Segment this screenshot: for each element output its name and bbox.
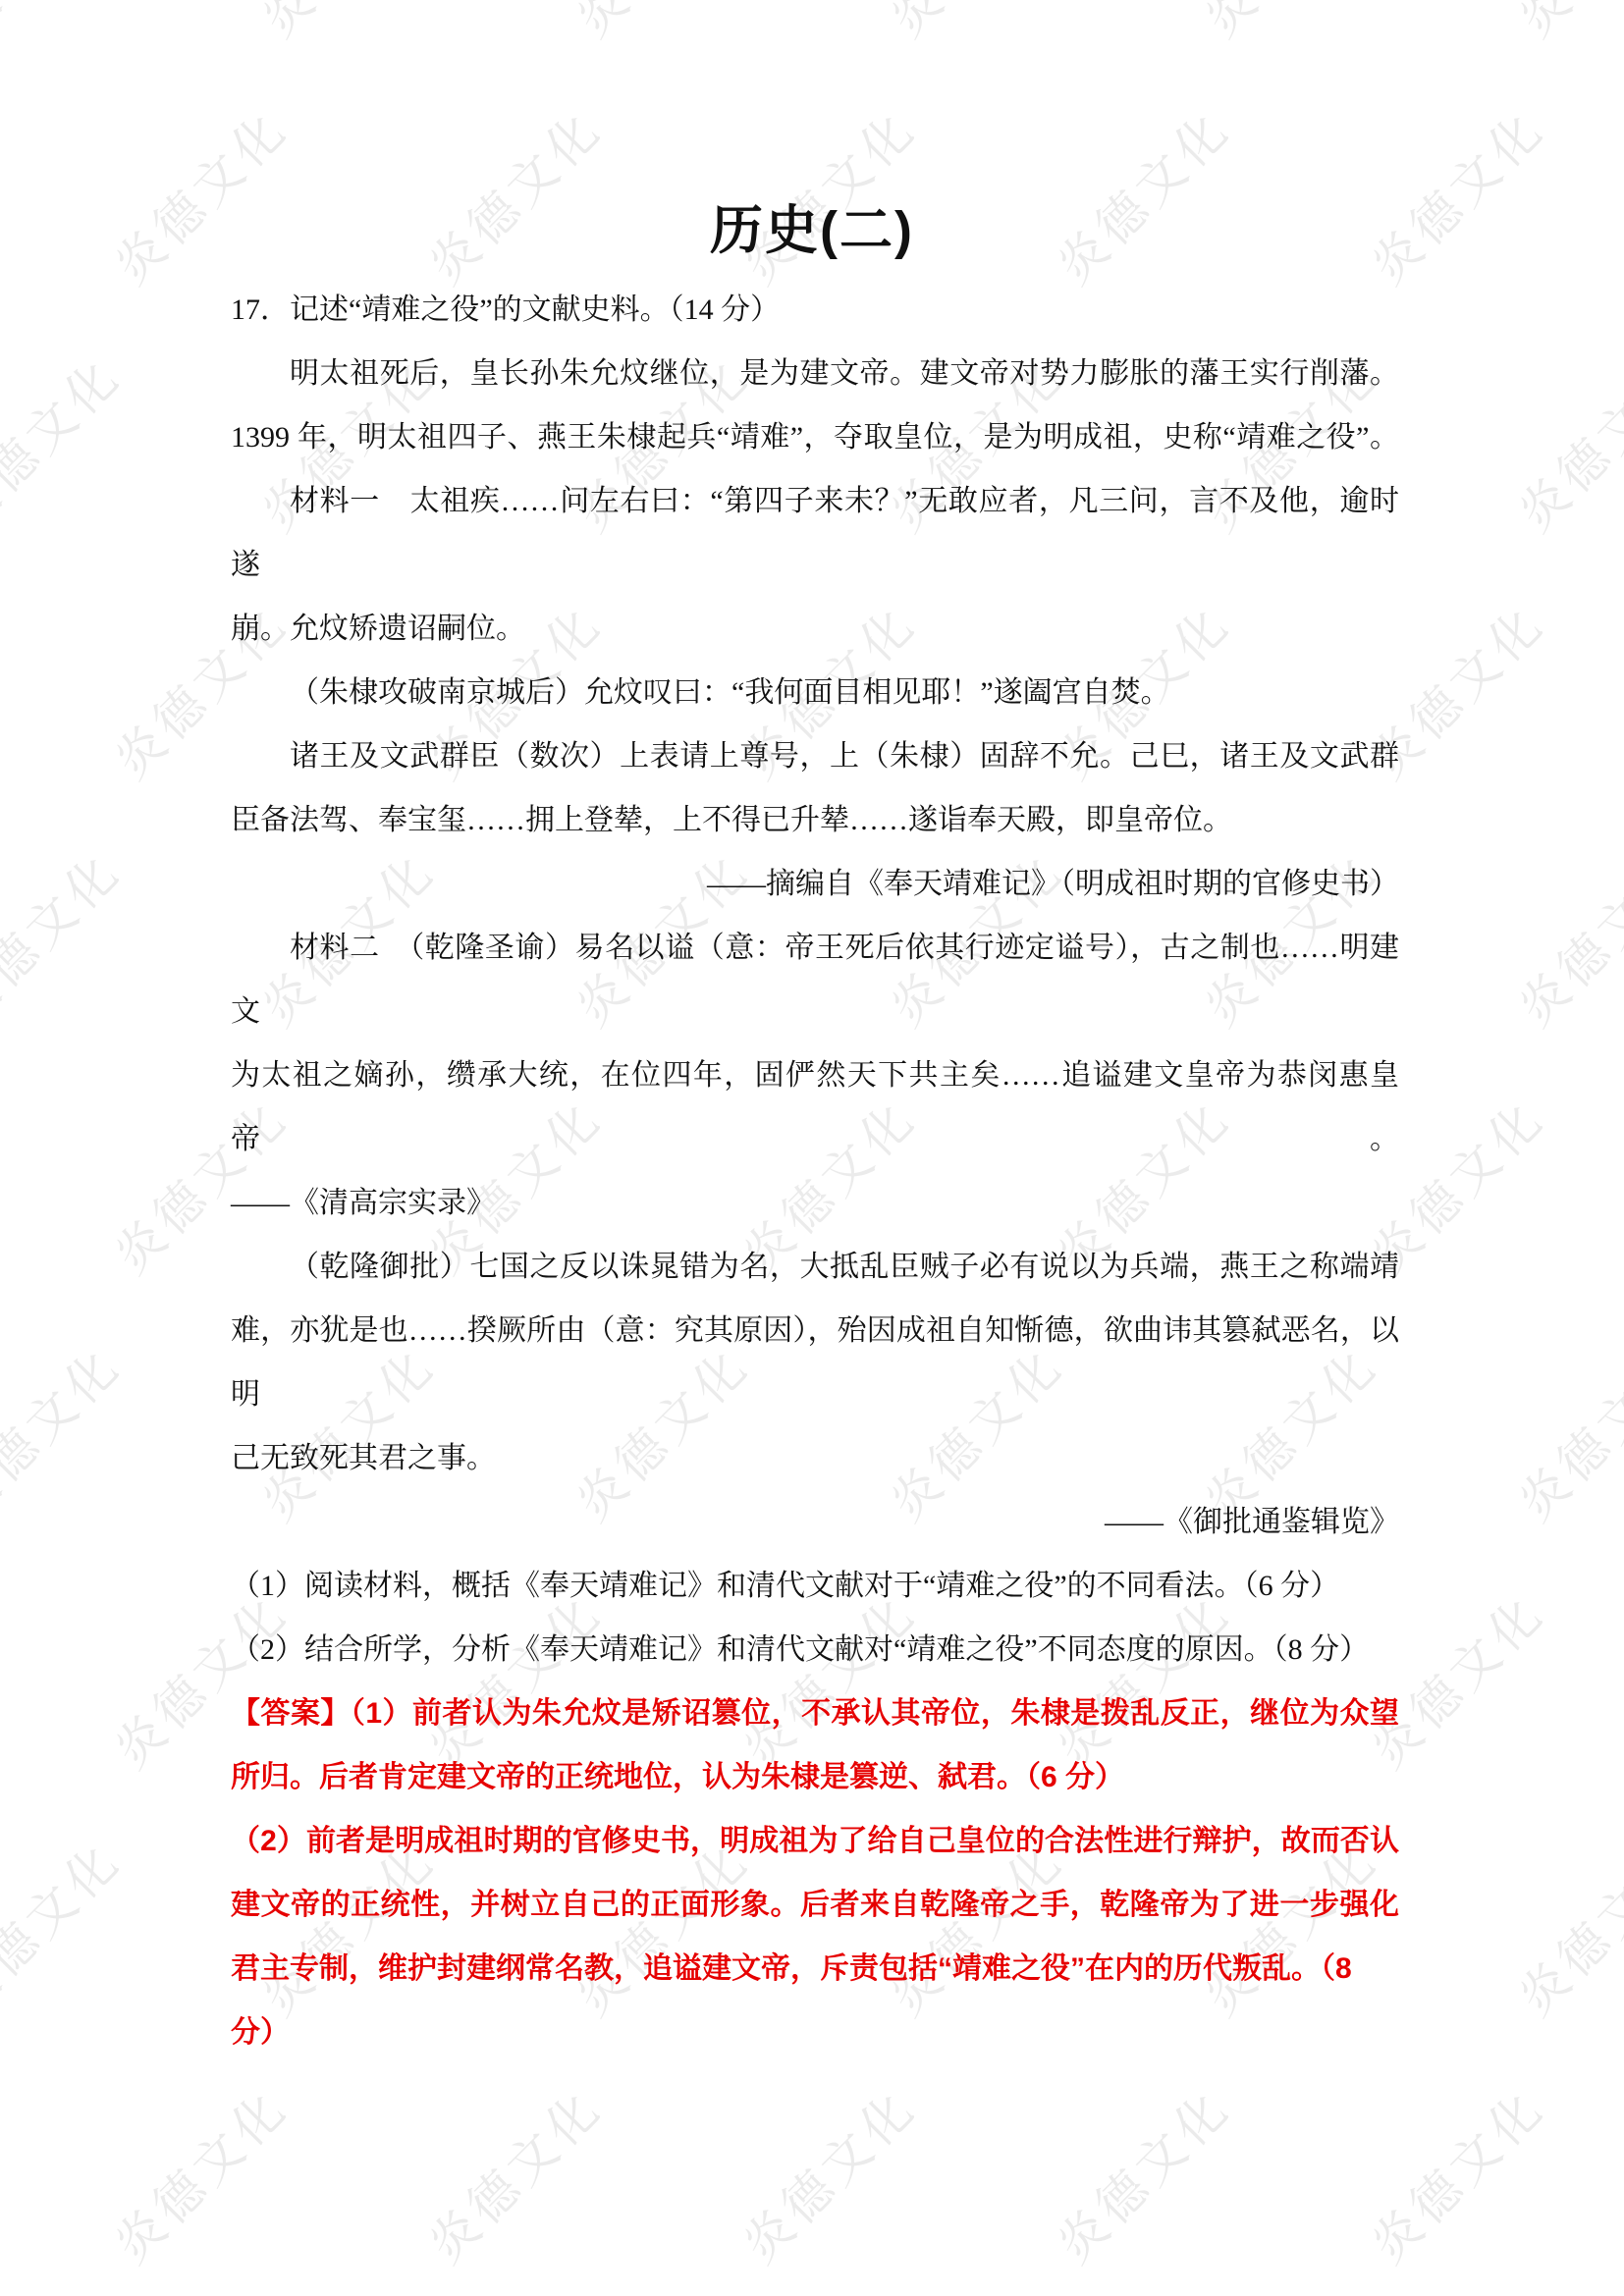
watermark-text: 炎德文化	[1038, 2070, 1243, 2275]
watermark-text: 炎德文化	[871, 0, 1076, 50]
watermark-text: 炎德文化	[1185, 0, 1390, 50]
answer-line: 建文帝的正统性，并树立自己的正面形象。后者来自乾隆帝之手，乾隆帝为了进一步强化	[231, 1873, 1399, 1937]
text-line: 1399 年，明太祖四子、燕王朱棣起兵“靖难”，夺取皇位，是为明成祖，史称“靖难…	[231, 405, 1399, 469]
watermark-text: 炎德文化	[1499, 1823, 1624, 2028]
watermark-text: 炎德文化	[243, 0, 448, 50]
watermark-text: 炎德文化	[1499, 339, 1624, 544]
watermark-text: 炎德文化	[0, 339, 135, 544]
watermark-text: 炎德文化	[724, 2070, 929, 2275]
page-title: 历史(二)	[0, 188, 1624, 264]
text-line: （朱棣攻破南京城后）允炆叹曰：“我何面目相见耶！”遂阖宫自焚。	[231, 661, 1399, 724]
text-line: （乾隆御批）七国之反以诛晁错为名，大抵乱臣贼子必有说以为兵端，燕王之称端靖	[231, 1235, 1399, 1299]
text-line: 材料一 太祖疾……问左右曰：“第四子来未？”无敢应者，凡三问，言不及他，逾时遂	[231, 469, 1399, 597]
answer-line: 所归。后者肯定建文帝的正统地位，认为朱棣是篡逆、弑君。（6 分）	[231, 1745, 1399, 1809]
text-line: 臣备法驾、奉宝玺……拥上登辇，上不得已升辇……遂诣奉天殿，即皇帝位。	[231, 788, 1399, 852]
exam-page: 炎德文化炎德文化炎德文化炎德文化炎德文化炎德文化炎德文化炎德文化炎德文化炎德文化…	[0, 0, 1624, 2296]
text-line: 材料二 （乾隆圣谕）易名以谥（意：帝王死后依其行迹定谥号），古之制也……明建文	[231, 916, 1399, 1043]
text-line: （1）阅读材料，概括《奉天靖难记》和清代文献对于“靖难之役”的不同看法。（6 分…	[231, 1554, 1399, 1618]
watermark-text: 炎德文化	[95, 2070, 300, 2275]
watermark-text: 炎德文化	[0, 1328, 135, 1533]
watermark-text: 炎德文化	[557, 0, 762, 50]
text-line: 为太祖之嫡孙，缵承大统，在位四年，固俨然天下共主矣……追谥建文皇帝为恭闵惠皇帝。	[231, 1043, 1399, 1171]
text-line: 难，亦犹是也……揆厥所由（意：究其原因），殆因成祖自知惭德，欲曲讳其篡弑恶名，以…	[231, 1299, 1399, 1426]
answer-line: 君主专制，维护封建纲常名教，追谥建文帝，斥责包括“靖难之役”在内的历代叛乱。（8…	[231, 1937, 1399, 2064]
text-line: 诸王及文武群臣（数次）上表请上尊号，上（朱棣）固辞不允。己巳，诸王及文武群	[231, 724, 1399, 788]
watermark-text: 炎德文化	[1499, 0, 1624, 50]
watermark-text: 炎德文化	[1352, 2070, 1557, 2275]
text-line: 己无致死其君之事。	[231, 1426, 1399, 1490]
text-line: 17．记述“靖难之役”的文献史料。（14 分）	[231, 278, 1399, 342]
text-line: ——摘编自《奉天靖难记》（明成祖时期的官修史书）	[231, 852, 1399, 916]
watermark-text: 炎德文化	[409, 2070, 615, 2275]
text-line: （2）结合所学，分析《奉天靖难记》和清代文献对“靖难之役”不同态度的原因。（8 …	[231, 1618, 1399, 1682]
answer-line: （2）前者是明成祖时期的官修史书，明成祖为了给自己皇位的合法性进行辩护，故而否认	[231, 1809, 1399, 1873]
watermark-text: 炎德文化	[0, 1823, 135, 2028]
watermark-text: 炎德文化	[1499, 833, 1624, 1039]
text-line: 明太祖死后，皇长孙朱允炆继位，是为建文帝。建文帝对势力膨胀的藩王实行削藩。	[231, 342, 1399, 405]
text-line: 崩。允炆矫遗诏嗣位。	[231, 597, 1399, 661]
text-line: ——《清高宗实录》	[231, 1171, 1399, 1235]
watermark-text: 炎德文化	[1499, 1328, 1624, 1533]
answer-line: 【答案】（1）前者认为朱允炆是矫诏篡位，不承认其帝位，朱棣是拨乱反正，继位为众望	[231, 1682, 1399, 1745]
watermark-text: 炎德文化	[0, 833, 135, 1039]
watermark-text: 炎德文化	[0, 0, 135, 50]
text-line: ——《御批通鉴辑览》	[231, 1490, 1399, 1554]
document-body: 17．记述“靖难之役”的文献史料。（14 分）明太祖死后，皇长孙朱允炆继位，是为…	[231, 278, 1399, 2064]
